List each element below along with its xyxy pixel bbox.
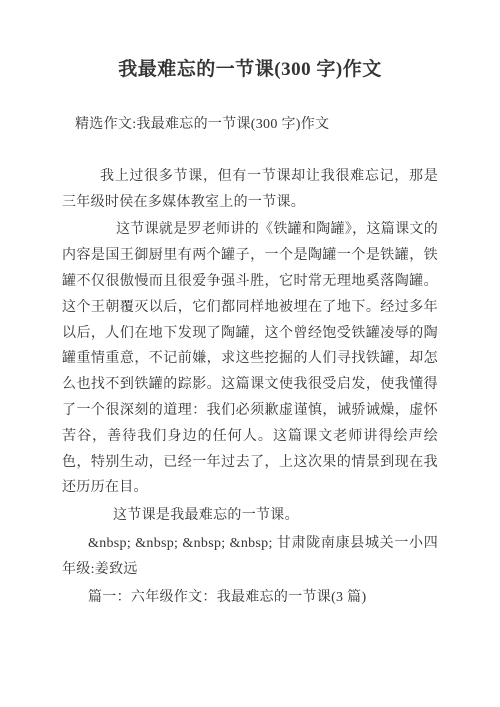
document-subtitle: 精选作文:我最难忘的一节课(300 字)作文 (62, 112, 438, 138)
paragraph-intro: 我上过很多节课，但有一节课却让我很难忘记，那是三年级时侯在多媒体教室上的一节课。 (62, 164, 438, 216)
paragraph-section-heading: 篇一：六年级作文：我最难忘的一节课(3 篇) (62, 585, 438, 611)
paragraph-main: 这节课就是罗老师讲的《铁罐和陶罐》，这篇课文的内容是国王御厨里有两个罐子，一个是… (62, 217, 438, 501)
paragraph-author-signature: &nbsp; &nbsp; &nbsp; &nbsp; 甘肃陇南康县城关一小四年… (62, 531, 438, 583)
paragraph-conclusion: 这节课是我最难忘的一节课。 (62, 503, 438, 529)
document-title: 我最难忘的一节课(300 字)作文 (62, 56, 438, 84)
document-page: 我最难忘的一节课(300 字)作文 精选作文:我最难忘的一节课(300 字)作文… (0, 0, 500, 707)
